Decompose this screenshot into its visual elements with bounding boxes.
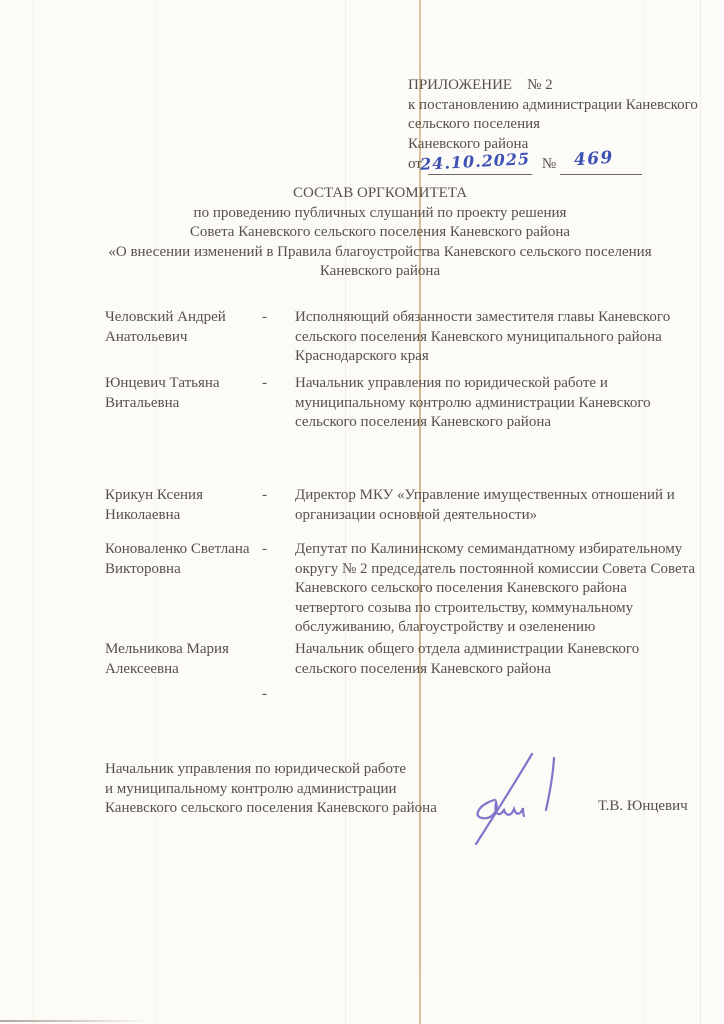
member-role: Исполняющий обязанности заместителя глав…: [295, 308, 724, 367]
separator-dash: -: [262, 685, 267, 705]
paper-fold-line: [33, 0, 34, 1024]
member-name: Крикун Ксения Николаевна: [105, 486, 283, 525]
appendix-header-text: ПРИЛОЖЕНИЕ № 2 к постановлению администр…: [408, 76, 708, 154]
separator-dash: -: [262, 374, 267, 394]
date-underline: 24.10.2025: [428, 157, 532, 175]
separator-dash: -: [262, 308, 267, 328]
scan-edge-artifact: [0, 1020, 150, 1022]
member-name: Коноваленко Светлана Викторовна: [105, 540, 283, 579]
separator-dash: -: [262, 540, 267, 560]
signatory-position: Начальник управления по юридической рабо…: [105, 760, 437, 819]
document-title: СОСТАВ ОРГКОМИТЕТА по проведению публичн…: [60, 184, 700, 282]
member-role: Начальник управления по юридической рабо…: [295, 374, 724, 433]
signature-handwriting: [466, 748, 578, 848]
appendix-header: ПРИЛОЖЕНИЕ № 2 к постановлению администр…: [408, 76, 708, 175]
member-role: Начальник общего отдела администрации Ка…: [295, 640, 724, 679]
date-number-line: от 24.10.2025 № 469: [408, 155, 708, 175]
number-underline: 469: [560, 157, 642, 175]
member-role: Депутат по Калининскому семимандатному и…: [295, 540, 724, 638]
handwritten-number: 469: [574, 148, 615, 170]
scanned-document-page: ПРИЛОЖЕНИЕ № 2 к постановлению администр…: [0, 0, 724, 1024]
member-name: Мельникова Мария Алексеевна: [105, 640, 283, 679]
number-sign: №: [542, 155, 556, 175]
signatory-name: Т.В. Юнцевич: [598, 797, 688, 817]
member-role: Директор МКУ «Управление имущественных о…: [295, 486, 724, 525]
member-name: Юнцевич Татьяна Витальевна: [105, 374, 283, 413]
member-name: Человский Андрей Анатольевич: [105, 308, 283, 347]
separator-dash: -: [262, 486, 267, 506]
